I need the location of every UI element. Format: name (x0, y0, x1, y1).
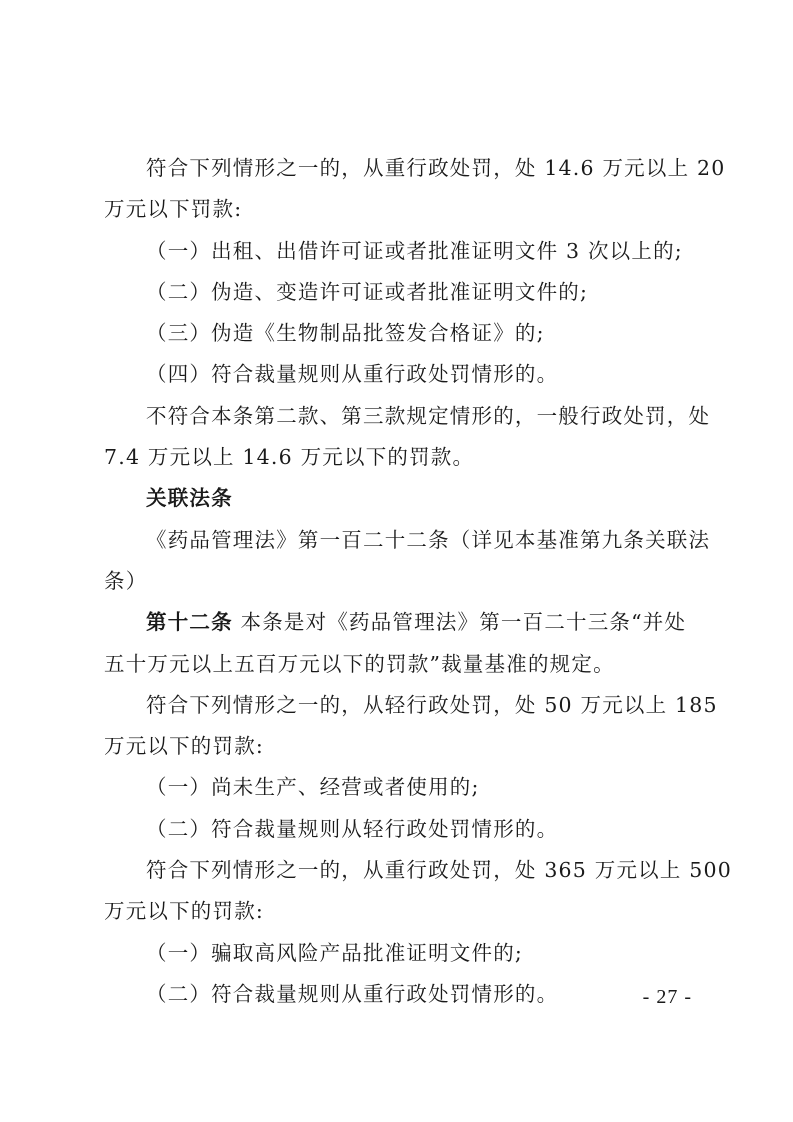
article-12-intro-cont: 五十万元以上五百万元以下的罚款”裁量基准的规定。 (104, 644, 690, 685)
paragraph-heavy-penalty-1-cont: 万元以下罚款: (104, 189, 690, 230)
paragraph-heavy-penalty-2: 符合下列情形之一的，从重行政处罚，处 365 万元以上 500 (104, 850, 690, 891)
paragraph-heavy-penalty-1: 符合下列情形之一的，从重行政处罚，处 14.6 万元以上 20 (104, 148, 690, 189)
article-12-intro: 第十二条 本条是对《药品管理法》第一百二十三条“并处 (104, 602, 690, 643)
article-12-text: 本条是对《药品管理法》第一百二十三条“并处 (233, 610, 686, 634)
paragraph-heavy-penalty-2-cont: 万元以下的罚款: (104, 891, 690, 932)
paragraph-light-penalty: 符合下列情形之一的，从轻行政处罚，处 50 万元以上 185 (104, 685, 690, 726)
paragraph-light-penalty-cont: 万元以下的罚款: (104, 726, 690, 767)
page-number: - 27 - (620, 986, 692, 1009)
list-item-3: （三）伪造《生物制品批签发合格证》的; (104, 313, 690, 354)
related-law-reference: 《药品管理法》第一百二十二条（详见本基准第九条关联法 (104, 520, 690, 561)
list-item-4: （四）符合裁量规则从重行政处罚情形的。 (104, 354, 690, 395)
paragraph-general-penalty: 不符合本条第二款、第三款规定情形的，一般行政处罚，处 (104, 396, 690, 437)
list-item-heavy-1: （一）骗取高风险产品批准证明文件的; (104, 933, 690, 974)
section-heading-related-law: 关联法条 (104, 478, 690, 519)
list-item-1: （一）出租、出借许可证或者批准证明文件 3 次以上的; (104, 231, 690, 272)
list-item-2: （二）伪造、变造许可证或者批准证明文件的; (104, 272, 690, 313)
related-law-reference-cont: 条） (104, 561, 690, 602)
article-number: 第十二条 (146, 610, 233, 634)
document-body: 符合下列情形之一的，从重行政处罚，处 14.6 万元以上 20 万元以下罚款: … (104, 148, 690, 1015)
list-item-light-2: （二）符合裁量规则从轻行政处罚情形的。 (104, 809, 690, 850)
paragraph-general-penalty-cont: 7.4 万元以上 14.6 万元以下的罚款。 (104, 437, 690, 478)
list-item-light-1: （一）尚未生产、经营或者使用的; (104, 767, 690, 808)
list-item-heavy-2: （二）符合裁量规则从重行政处罚情形的。 (104, 974, 690, 1015)
